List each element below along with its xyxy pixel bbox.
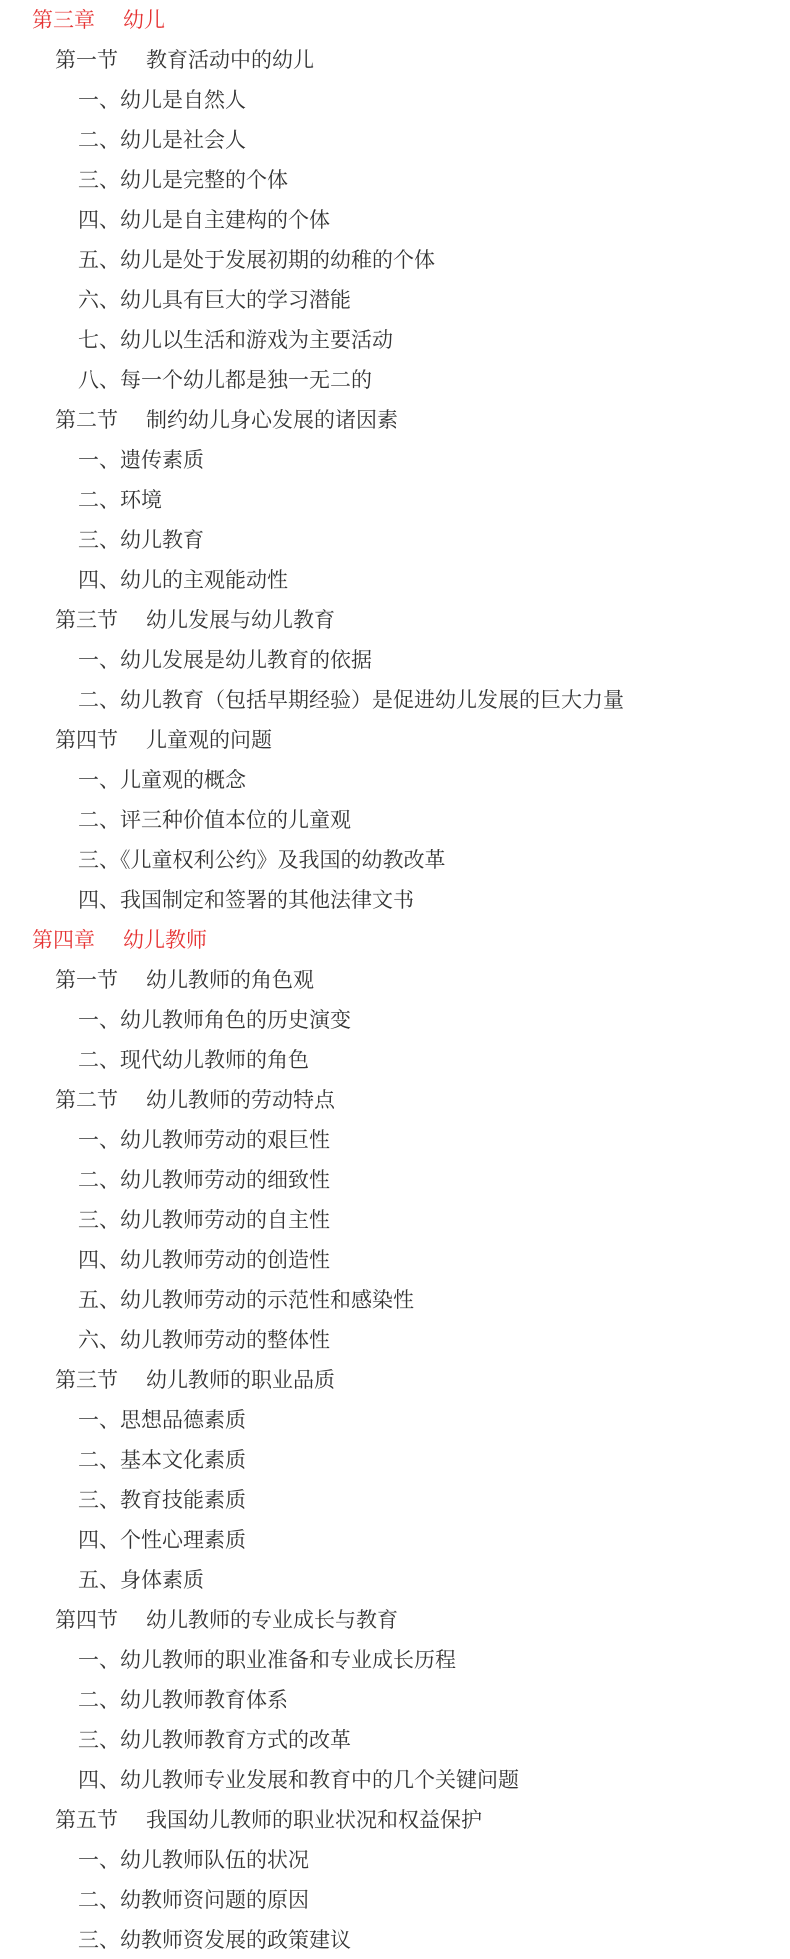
section-heading: 第二节制约幼儿身心发展的诸因素 — [0, 400, 790, 440]
section-heading: 第四节儿童观的问题 — [0, 720, 790, 760]
list-item: 一、幼儿教师队伍的状况 — [0, 1840, 790, 1880]
section-heading: 第二节幼儿教师的劳动特点 — [0, 1080, 790, 1120]
section-title: 我国幼儿教师的职业状况和权益保护 — [146, 1808, 482, 1832]
list-item: 一、幼儿发展是幼儿教育的依据 — [0, 640, 790, 680]
list-item: 四、我国制定和签署的其他法律文书 — [0, 880, 790, 920]
table-of-contents: 第三章幼儿第一节教育活动中的幼儿一、幼儿是自然人二、幼儿是社会人三、幼儿是完整的… — [0, 0, 790, 1959]
list-item: 二、幼教师资问题的原因 — [0, 1880, 790, 1920]
section-heading: 第五节我国幼儿教师的职业状况和权益保护 — [0, 1800, 790, 1840]
list-item: 七、幼儿以生活和游戏为主要活动 — [0, 320, 790, 360]
list-item: 六、幼儿具有巨大的学习潜能 — [0, 280, 790, 320]
list-item: 二、评三种价值本位的儿童观 — [0, 800, 790, 840]
section-number: 第三节 — [55, 1368, 118, 1392]
list-item: 一、遗传素质 — [0, 440, 790, 480]
list-item: 二、幼儿教师教育体系 — [0, 1680, 790, 1720]
list-item: 四、幼儿是自主建构的个体 — [0, 200, 790, 240]
list-item: 四、幼儿教师劳动的创造性 — [0, 1240, 790, 1280]
list-item: 二、基本文化素质 — [0, 1440, 790, 1480]
chapter-title: 幼儿教师 — [123, 928, 207, 952]
section-heading: 第三节幼儿教师的职业品质 — [0, 1360, 790, 1400]
list-item: 二、幼儿教育（包括早期经验）是促进幼儿发展的巨大力量 — [0, 680, 790, 720]
list-item: 一、幼儿教师劳动的艰巨性 — [0, 1120, 790, 1160]
list-item: 一、儿童观的概念 — [0, 760, 790, 800]
list-item: 五、幼儿是处于发展初期的幼稚的个体 — [0, 240, 790, 280]
chapter-heading: 第三章幼儿 — [0, 0, 790, 40]
section-number: 第三节 — [55, 608, 118, 632]
list-item: 八、每一个幼儿都是独一无二的 — [0, 360, 790, 400]
section-title: 教育活动中的幼儿 — [146, 48, 314, 72]
list-item: 五、幼儿教师劳动的示范性和感染性 — [0, 1280, 790, 1320]
list-item: 二、幼儿是社会人 — [0, 120, 790, 160]
section-number: 第四节 — [55, 1608, 118, 1632]
chapter-heading: 第四章幼儿教师 — [0, 920, 790, 960]
list-item: 二、现代幼儿教师的角色 — [0, 1040, 790, 1080]
list-item: 二、环境 — [0, 480, 790, 520]
list-item: 四、幼儿的主观能动性 — [0, 560, 790, 600]
list-item: 六、幼儿教师劳动的整体性 — [0, 1320, 790, 1360]
list-item: 一、幼儿是自然人 — [0, 80, 790, 120]
list-item: 三、幼儿教师劳动的自主性 — [0, 1200, 790, 1240]
section-title: 幼儿发展与幼儿教育 — [146, 608, 335, 632]
list-item: 一、幼儿教师的职业准备和专业成长历程 — [0, 1640, 790, 1680]
section-title: 幼儿教师的劳动特点 — [146, 1088, 335, 1112]
chapter-title: 幼儿 — [123, 8, 165, 32]
list-item: 四、幼儿教师专业发展和教育中的几个关键问题 — [0, 1760, 790, 1800]
section-number: 第四节 — [55, 728, 118, 752]
list-item: 一、幼儿教师角色的历史演变 — [0, 1000, 790, 1040]
list-item: 二、幼儿教师劳动的细致性 — [0, 1160, 790, 1200]
section-title: 幼儿教师的职业品质 — [146, 1368, 335, 1392]
section-heading: 第一节幼儿教师的角色观 — [0, 960, 790, 1000]
list-item: 三、幼教师资发展的政策建议 — [0, 1920, 790, 1959]
list-item: 四、个性心理素质 — [0, 1520, 790, 1560]
list-item: 一、思想品德素质 — [0, 1400, 790, 1440]
section-number: 第五节 — [55, 1808, 118, 1832]
section-number: 第一节 — [55, 968, 118, 992]
section-title: 制约幼儿身心发展的诸因素 — [146, 408, 398, 432]
section-title: 儿童观的问题 — [146, 728, 272, 752]
chapter-number: 第三章 — [32, 8, 95, 32]
list-item: 三、《儿童权利公约》及我国的幼教改革 — [0, 840, 790, 880]
list-item: 五、身体素质 — [0, 1560, 790, 1600]
section-number: 第二节 — [55, 1088, 118, 1112]
list-item: 三、教育技能素质 — [0, 1480, 790, 1520]
list-item: 三、幼儿是完整的个体 — [0, 160, 790, 200]
list-item: 三、幼儿教育 — [0, 520, 790, 560]
section-heading: 第一节教育活动中的幼儿 — [0, 40, 790, 80]
chapter-number: 第四章 — [32, 928, 95, 952]
section-title: 幼儿教师的角色观 — [146, 968, 314, 992]
section-heading: 第三节幼儿发展与幼儿教育 — [0, 600, 790, 640]
section-title: 幼儿教师的专业成长与教育 — [146, 1608, 398, 1632]
section-number: 第一节 — [55, 48, 118, 72]
section-number: 第二节 — [55, 408, 118, 432]
section-heading: 第四节幼儿教师的专业成长与教育 — [0, 1600, 790, 1640]
list-item: 三、幼儿教师教育方式的改革 — [0, 1720, 790, 1760]
